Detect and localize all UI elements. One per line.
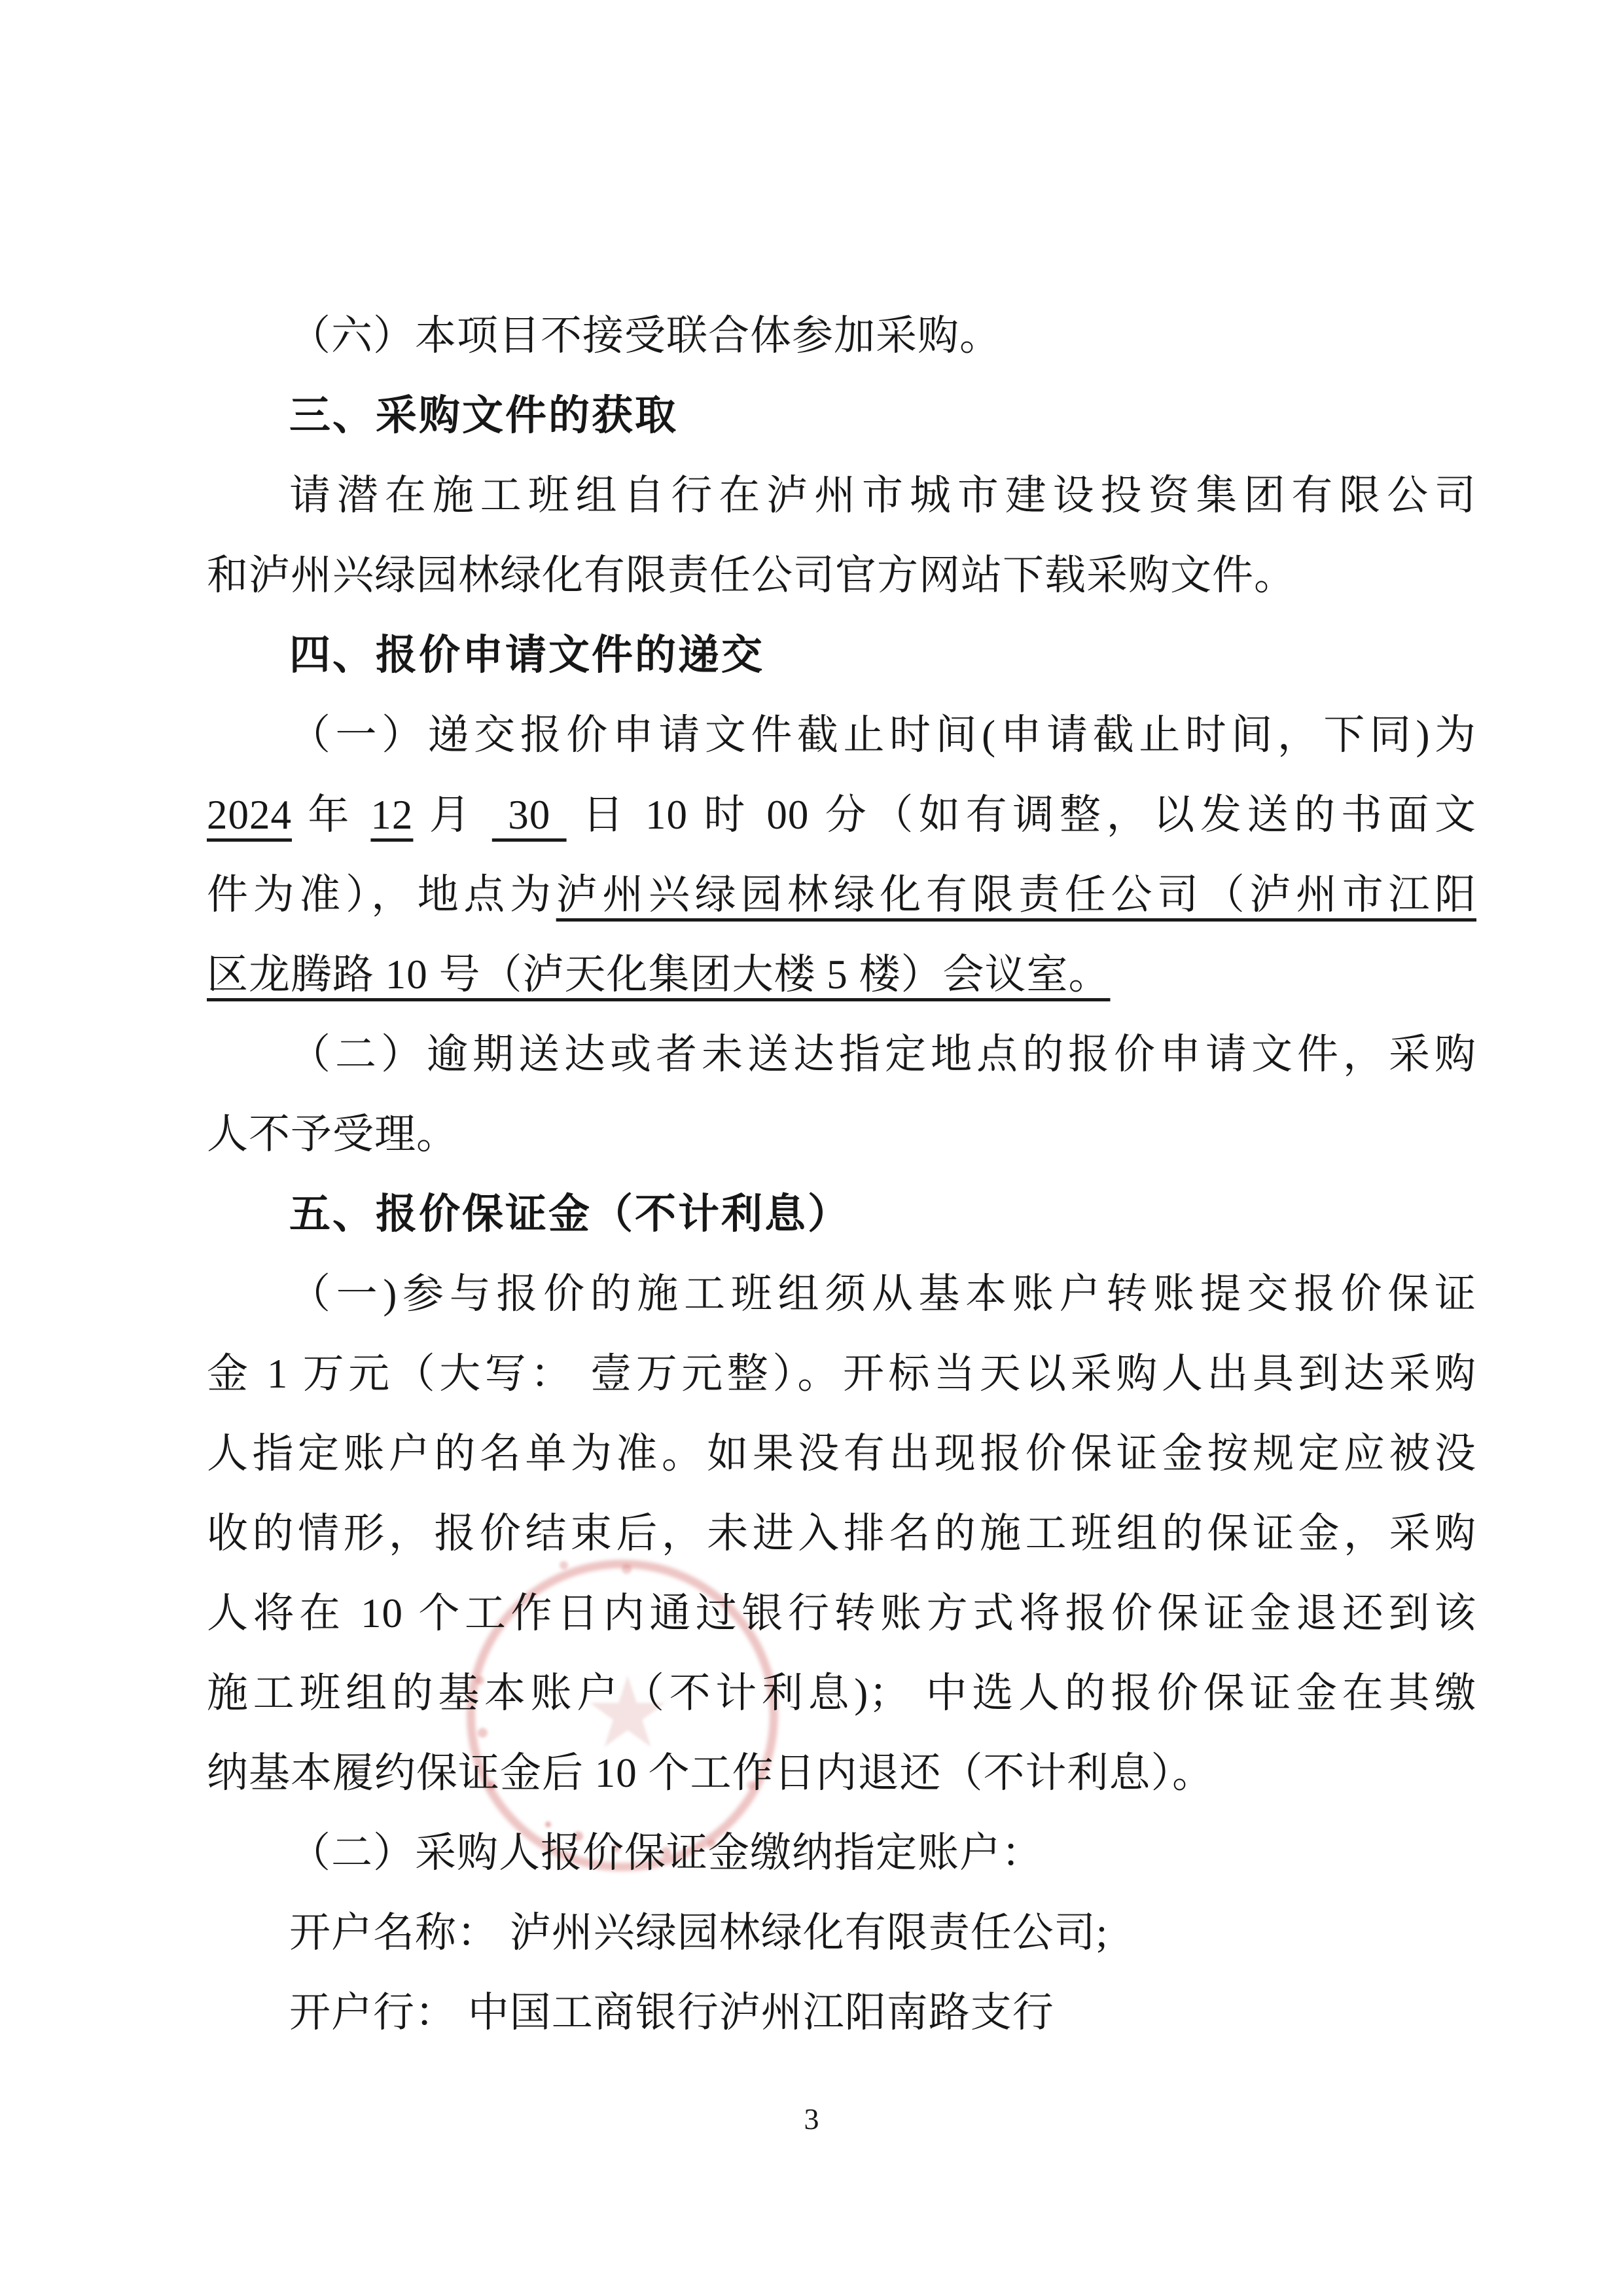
- text-segment: 收的情形，报价结束后，未进入排名的施工班组的保证金，采购: [207, 1511, 1476, 1556]
- text-segment: 请潜在施工班组自行在泸州市城市建设投资集团有限公司: [289, 473, 1476, 518]
- text-segment: （六）本项目不接受联合体参加采购。: [289, 313, 1001, 359]
- underlined-text: 30: [492, 792, 567, 838]
- underlined-text: 12: [370, 792, 413, 838]
- text-segment: 五、报价保证金（不计利息）: [289, 1191, 851, 1237]
- text-segment: （一）递交报价申请文件截止时间(申请截止时间，下同)为: [289, 712, 1476, 758]
- para-deposit-line-4: 收的情形，报价结束后，未进入排名的施工班组的保证金，采购: [207, 1494, 1476, 1573]
- underlined-text: 区龙腾路 10 号（泸天化集团大楼 5 楼）会议室。: [207, 952, 1111, 997]
- underlined-text: 泸州兴绿园林绿化有限责任公司（泸州市江阳: [556, 872, 1476, 918]
- text-segment: （一)参与报价的施工班组须从基本账户转账提交报价保证: [289, 1271, 1476, 1317]
- para-deposit-line-3: 人指定账户的名单为准。如果没有出现报价保证金按规定应被没: [207, 1414, 1476, 1494]
- para-late-delivery-line-2: 人不予受理。: [207, 1094, 1476, 1174]
- text-segment: 人指定账户的名单为准。如果没有出现报价保证金按规定应被没: [207, 1431, 1476, 1477]
- text-segment: 开户行： 中国工商银行泸州江阳南路支行: [289, 1990, 1054, 2036]
- para-deadline-line-3-location: 件为准），地点为泸州兴绿园林绿化有限责任公司（泸州市江阳: [207, 855, 1476, 935]
- page-number: 3: [0, 2100, 1623, 2139]
- para-late-delivery-line-1: （二）逾期送达或者未送达指定地点的报价申请文件，采购: [207, 1014, 1476, 1094]
- document-content: （六）本项目不接受联合体参加采购。三、采购文件的获取请潜在施工班组自行在泸州市城…: [207, 296, 1476, 2053]
- text-segment: （二）逾期送达或者未送达指定地点的报价申请文件，采购: [289, 1031, 1476, 1077]
- account-name-line: 开户名称： 泸州兴绿园林绿化有限责任公司;: [207, 1893, 1476, 1973]
- para-deadline-line-1: （一）递交报价申请文件截止时间(申请截止时间，下同)为: [207, 695, 1476, 775]
- heading-section-4: 四、报价申请文件的递交: [207, 615, 1476, 695]
- text-segment: 月: [413, 792, 491, 838]
- text-segment: 施工班组的基本账户（不计利息)； 中选人的报价保证金在其缴: [207, 1670, 1476, 1716]
- para-deposit-line-7: 纳基本履约保证金后 10 个工作日内退还（不计利息）。: [207, 1733, 1476, 1813]
- text-segment: 年: [292, 792, 370, 838]
- para-obtain-documents-line-1: 请潜在施工班组自行在泸州市城市建设投资集团有限公司: [207, 456, 1476, 535]
- para-deposit-line-6: 施工班组的基本账户（不计利息)； 中选人的报价保证金在其缴: [207, 1653, 1476, 1733]
- underlined-text: 2024: [207, 792, 292, 838]
- text-segment: 人不予受理。: [207, 1111, 458, 1157]
- para-obtain-documents-line-2: 和泸州兴绿园林绿化有限责任公司官方网站下载采购文件。: [207, 535, 1476, 615]
- para-account-heading: （二）采购人报价保证金缴纳指定账户：: [207, 1813, 1476, 1893]
- heading-section-3: 三、采购文件的获取: [207, 376, 1476, 456]
- text-segment: （二）采购人报价保证金缴纳指定账户：: [289, 1830, 1043, 1876]
- text-segment: 金 1 万元（大写： 壹万元整）。开标当天以采购人出具到达采购: [207, 1351, 1476, 1397]
- text-segment: 纳基本履约保证金后 10 个工作日内退还（不计利息）。: [207, 1750, 1214, 1796]
- text-segment: 开户名称： 泸州兴绿园林绿化有限责任公司;: [289, 1910, 1108, 1956]
- para-deposit-line-1: （一)参与报价的施工班组须从基本账户转账提交报价保证: [207, 1254, 1476, 1334]
- text-segment: 日 10 时 00 分（如有调整，以发送的书面文: [567, 792, 1476, 838]
- text-segment: 人将在 10 个工作日内通过银行转账方式将报价保证金退还到该: [207, 1590, 1476, 1636]
- text-segment: 四、报价申请文件的递交: [289, 632, 764, 678]
- para-deposit-line-5: 人将在 10 个工作日内通过银行转账方式将报价保证金退还到该: [207, 1573, 1476, 1653]
- text-segment: 和泸州兴绿园林绿化有限责任公司官方网站下载采购文件。: [207, 552, 1296, 598]
- para-deposit-line-2: 金 1 万元（大写： 壹万元整）。开标当天以采购人出具到达采购: [207, 1334, 1476, 1414]
- bank-name-line: 开户行： 中国工商银行泸州江阳南路支行: [207, 1973, 1476, 2053]
- text-segment: 件为准），地点为: [207, 872, 556, 918]
- para-deadline-line-4-address: 区龙腾路 10 号（泸天化集团大楼 5 楼）会议室。: [207, 935, 1476, 1014]
- para-deadline-line-2-date: 2024 年 12 月 30 日 10 时 00 分（如有调整，以发送的书面文: [207, 775, 1476, 855]
- item-6-no-consortium: （六）本项目不接受联合体参加采购。: [207, 296, 1476, 376]
- document-page: ★ （六）本项目不接受联合体参加采购。三、采购文件的获取请潜在施工班组自行在泸州…: [0, 0, 1623, 2296]
- heading-section-5: 五、报价保证金（不计利息）: [207, 1174, 1476, 1254]
- text-segment: 三、采购文件的获取: [289, 393, 678, 439]
